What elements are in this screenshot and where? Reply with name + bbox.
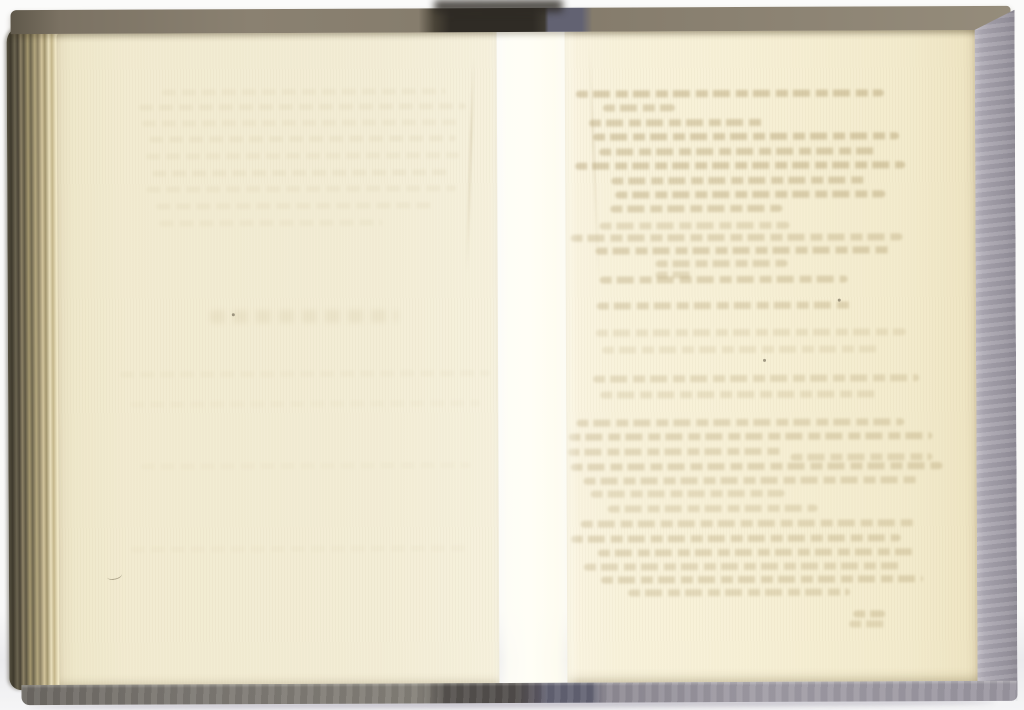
left-page	[57, 28, 500, 686]
photo-background	[0, 0, 1024, 710]
right-page	[565, 28, 980, 683]
open-book	[0, 0, 1024, 710]
book-cover-right-edge	[974, 8, 1017, 692]
page-block-edges	[7, 26, 64, 690]
spine-shadow	[434, 0, 562, 12]
